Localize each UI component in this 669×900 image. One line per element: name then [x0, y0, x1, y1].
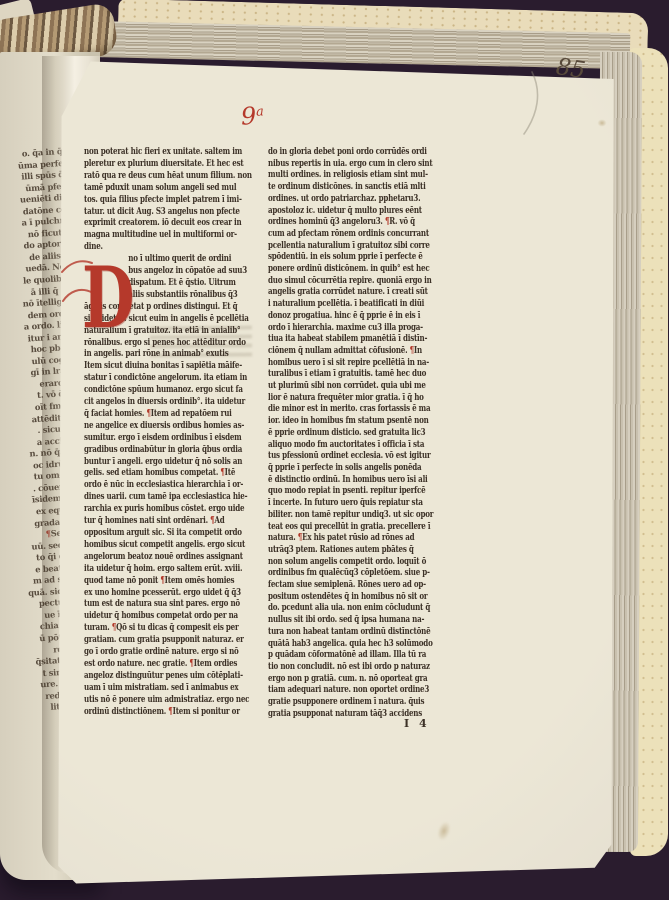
text-line: homibus uero ī si sit repire pcellētiā i… [268, 357, 451, 369]
text-line: q̄ pprie ī perfecte in solis angelis pon… [268, 462, 451, 474]
text-line: tura non habeat tantam ordinū distīnctōn… [268, 626, 451, 638]
text-line: die minor est in merito. cras fortassis … [268, 403, 451, 415]
text-line: exprimit creatorem. iō decuit eos crear … [84, 217, 264, 229]
text-line: positum ostendētes q̄ in homibus nō sit … [268, 591, 451, 603]
text-line: angelis gratia corrūdet nature. ī creati… [268, 286, 451, 298]
text-line: no ī ultimo querit de ordini [128, 253, 264, 265]
quire-signature: I 4 [404, 717, 430, 730]
text-line: go ī ordo gratie ordinē nature. ergo si … [84, 646, 264, 658]
red-folio-mark: 9a [240, 101, 264, 130]
text-line: Item sicut diuina bonitas ī sapiētia māi… [84, 360, 264, 372]
text-line: apostoloz ic. uidetur q̄ multo plures eē… [268, 205, 451, 217]
text-line: pcellentia naturalium ī gratuitoz sibi c… [268, 240, 451, 252]
text-line: tatur. ut dicit Aug. S3 angelus non pfec… [84, 206, 264, 218]
text-line: ergo non p gratiā. cum. n. nō oporteat g… [268, 673, 451, 685]
text-line: tiam adequari nature. non oportet ordine… [268, 684, 451, 696]
text-line: gelis. sed etiam homibus competat. ¶Itē [84, 467, 264, 479]
text-line: nibus repertis in uia. ergo cum in clero… [268, 158, 451, 170]
text-line: ordinū distinctiōnem. ¶Item si ponitur o… [84, 706, 264, 718]
text-line: uidetur q̄ homibus competat ordo per na [84, 610, 264, 622]
text-line: ior. ideo in homibus fm statum psentē no… [268, 415, 451, 427]
text-line: sumitur. ergo ī eisdem ordinibus ī eisde… [84, 432, 264, 444]
text-line: p quādam cōformatōnē ad illam. Illa tū r… [268, 649, 451, 661]
text-line: spōdentiū. in eis solum pprie ī perfecte… [268, 251, 451, 263]
folio-superscript: a [256, 104, 265, 119]
text-line: statur ī condictōne angelorum. ita etiam… [84, 372, 264, 384]
text-line: ordo ī hierarchia. maxime cu3 illa proga… [268, 322, 451, 334]
right-body-block: do in gloria debet poni ordo corrūdēs or… [268, 146, 451, 719]
paper-stain-small [596, 118, 608, 128]
text-line: utrāq3 ptem. Rationes autem pbātes q̄ [268, 544, 451, 556]
text-line: ne angelice ex diuersis ordibus homies a… [84, 420, 264, 432]
text-line: ponere ordinū disticōnem. in quib° est h… [268, 263, 451, 275]
text-line: ita uidetur q̄ hoim. ergo saltem erūt. x… [84, 563, 264, 575]
text-line: q̄ faciat homies. ¶Item ad repatōem rui [84, 408, 264, 420]
faint-pencil-mark [512, 68, 546, 138]
text-line: ordines. ut ordo patriarchaz. pphetaru3. [268, 193, 451, 205]
text-line: tur q̄ homines nati sint ordēnari. ¶Ad [84, 515, 264, 527]
text-column-left: non poterat hic fieri ex unitate. saltem… [84, 146, 264, 718]
text-line: gratiam. cum gratia psupponit naturaz. e… [84, 634, 264, 646]
incunabulum-book-photo: o. q̄a in q̄ūma perfeilli spūs q̄ūmā pfe… [0, 0, 669, 900]
text-line: ciōnem q̄ nullam admittat cōfusionē. ¶In [268, 345, 451, 357]
text-line: cum ad pfectam rōnem ordinis concurrant [268, 228, 451, 240]
text-line: oppositum arguit sic. Si ita competit or… [84, 527, 264, 539]
folio-number: 9 [240, 102, 257, 131]
text-line: homibus sicut competit angelis. ergo sic… [84, 539, 264, 551]
text-line: quātā hab3 angelica. quia hec h3 solūmod… [268, 638, 451, 650]
text-line: dispatum. Et ē q̄stio. Uitrum [128, 277, 264, 289]
text-line: angeloz distinguūtur penes uim cōtēplati… [84, 670, 264, 682]
text-line: tos. quia filius pfecte implet patrem ī … [84, 194, 264, 206]
text-line: tum est de natura sua sint pares. ergo n… [84, 598, 264, 610]
text-line: rarchia ex puris homibus cōstet. ergo ui… [84, 503, 264, 515]
text-line: aliis substantiis rōnalibus q̄3 [128, 289, 264, 301]
text-line: uam ī uim mistratiam. sed ī animabus ex [84, 682, 264, 694]
text-line: non poterat hic fieri ex unitate. saltem… [84, 146, 264, 158]
text-line: utis nō ē ponere uim admistratiaz. ergo … [84, 694, 264, 706]
text-line: quod tame nō ponit ¶Item omēs homies [84, 575, 264, 587]
text-line: tamē pduxit unam solum angeli sed mul [84, 182, 264, 194]
text-line: ratō qua re deus cum hēat unum filium. n… [84, 170, 264, 182]
text-line: ordinibus fm qualēcūq3 cōpletōem. siue p… [268, 567, 451, 579]
text-line: teat eos qui precellūt in gratia. precel… [268, 521, 451, 533]
text-line: magna multitudine uel in multiformi or- [84, 229, 264, 241]
text-line: aliquo modo fm auctoritates ī officia ī … [268, 439, 451, 451]
text-line: ē pprie ordinum disticio. sed gratuita l… [268, 427, 451, 439]
text-line: tio non concludit. nō est ibi ordo p nat… [268, 661, 451, 673]
text-line: ē distinctio ordinū. In homibus uero īsi… [268, 474, 451, 486]
text-line: quo modo repiat in psenti. repitur iperf… [268, 485, 451, 497]
text-line: ordo ē nūc in ecclesiastica hierarchia ī… [84, 479, 264, 491]
text-line: ex uno homine pcesserūt. ergo uidet q̄ q… [84, 587, 264, 599]
text-line: te ordinum disticōnes. in sanctis etiā m… [268, 181, 451, 193]
text-line: multi ordines. in religiosis etiam sint … [268, 169, 451, 181]
text-line: gradibus ordinabūtur in gloria q̄bus ord… [84, 444, 264, 456]
text-line: ī incerte. In futuro uero q̄uis repiatur… [268, 497, 451, 509]
text-line: cit angelos in diuersis ordinib°. ita ui… [84, 396, 264, 408]
text-line: ut plurimū sibi non corrūdet. quia ubi m… [268, 380, 451, 392]
text-line: duo simul cōcurrētia repire. quoniā ergo… [268, 275, 451, 287]
text-line: i naturalium pcellētia. ī beatificati in… [268, 298, 451, 310]
text-line: condictōne spūum humanoz. ergo sicut fa [84, 384, 264, 396]
text-line: do in gloria debet poni ordo corrūdēs or… [268, 146, 451, 158]
text-line: angelorum beatoz nouē ordines assignant [84, 551, 264, 563]
text-line: dines uarii. cum tamē ipa ecclesiastica … [84, 491, 264, 503]
text-line: turalibus ī etiam ī gratuitis. tamē hec … [268, 368, 451, 380]
text-line: buntur ī angeli. ergo uidetur q̄ nō soli… [84, 456, 264, 468]
text-line: ordines hominū q̄3 angeloru3. ¶R. vō q̄ [268, 216, 451, 228]
text-line: est ordo nature. nec gratie. ¶Item ordie… [84, 658, 264, 670]
text-column-right: do in gloria debet poni ordo corrūdēs or… [268, 146, 451, 719]
text-line: turam. ¶Qō si tu dicas q̄ compesit eis p… [84, 622, 264, 634]
left-body-block: āgelis competat p ordines distingui. Et … [84, 301, 264, 718]
text-line: biliter. non tamē repitur undiq3. ut sic… [268, 509, 451, 521]
text-line: non solum angelis competit ordo. loquīt … [268, 556, 451, 568]
text-line: pleretur ex plurium diuersitate. Et hec … [84, 158, 264, 170]
text-line: bus angeloz in cōpatōe ad suu3 [128, 265, 264, 277]
left-intro-block: non poterat hic fieri ex unitate. saltem… [84, 146, 264, 253]
text-line: fectam siue semiplenā. Rōnes uero ad op- [268, 579, 451, 591]
text-line: gratie psupponere ordinem ī natura. q̄ui… [268, 696, 451, 708]
text-line: nullus sit ibi ordo. sed q̄ ipsa humana … [268, 614, 451, 626]
text-line: do. pcedunt alia uia. non enim cōcludunt… [268, 602, 451, 614]
handwritten-foliation-85: 85 [554, 54, 587, 84]
text-line: lior ē natura frequēter mior gratia. ī q… [268, 392, 451, 404]
text-line: natura. ¶Ex his patet rūsio ad rōnes ad [268, 532, 451, 544]
text-line: donoz progatiua. hinc ē q̄ pprie ē in ei… [268, 310, 451, 322]
initial-flourish-strokes [60, 255, 94, 313]
text-line: tus pfessionū ordinet ecclesia. vō est i… [268, 450, 451, 462]
text-line: tiua ita habeat stabilem pmanētiā ī dist… [268, 333, 451, 345]
